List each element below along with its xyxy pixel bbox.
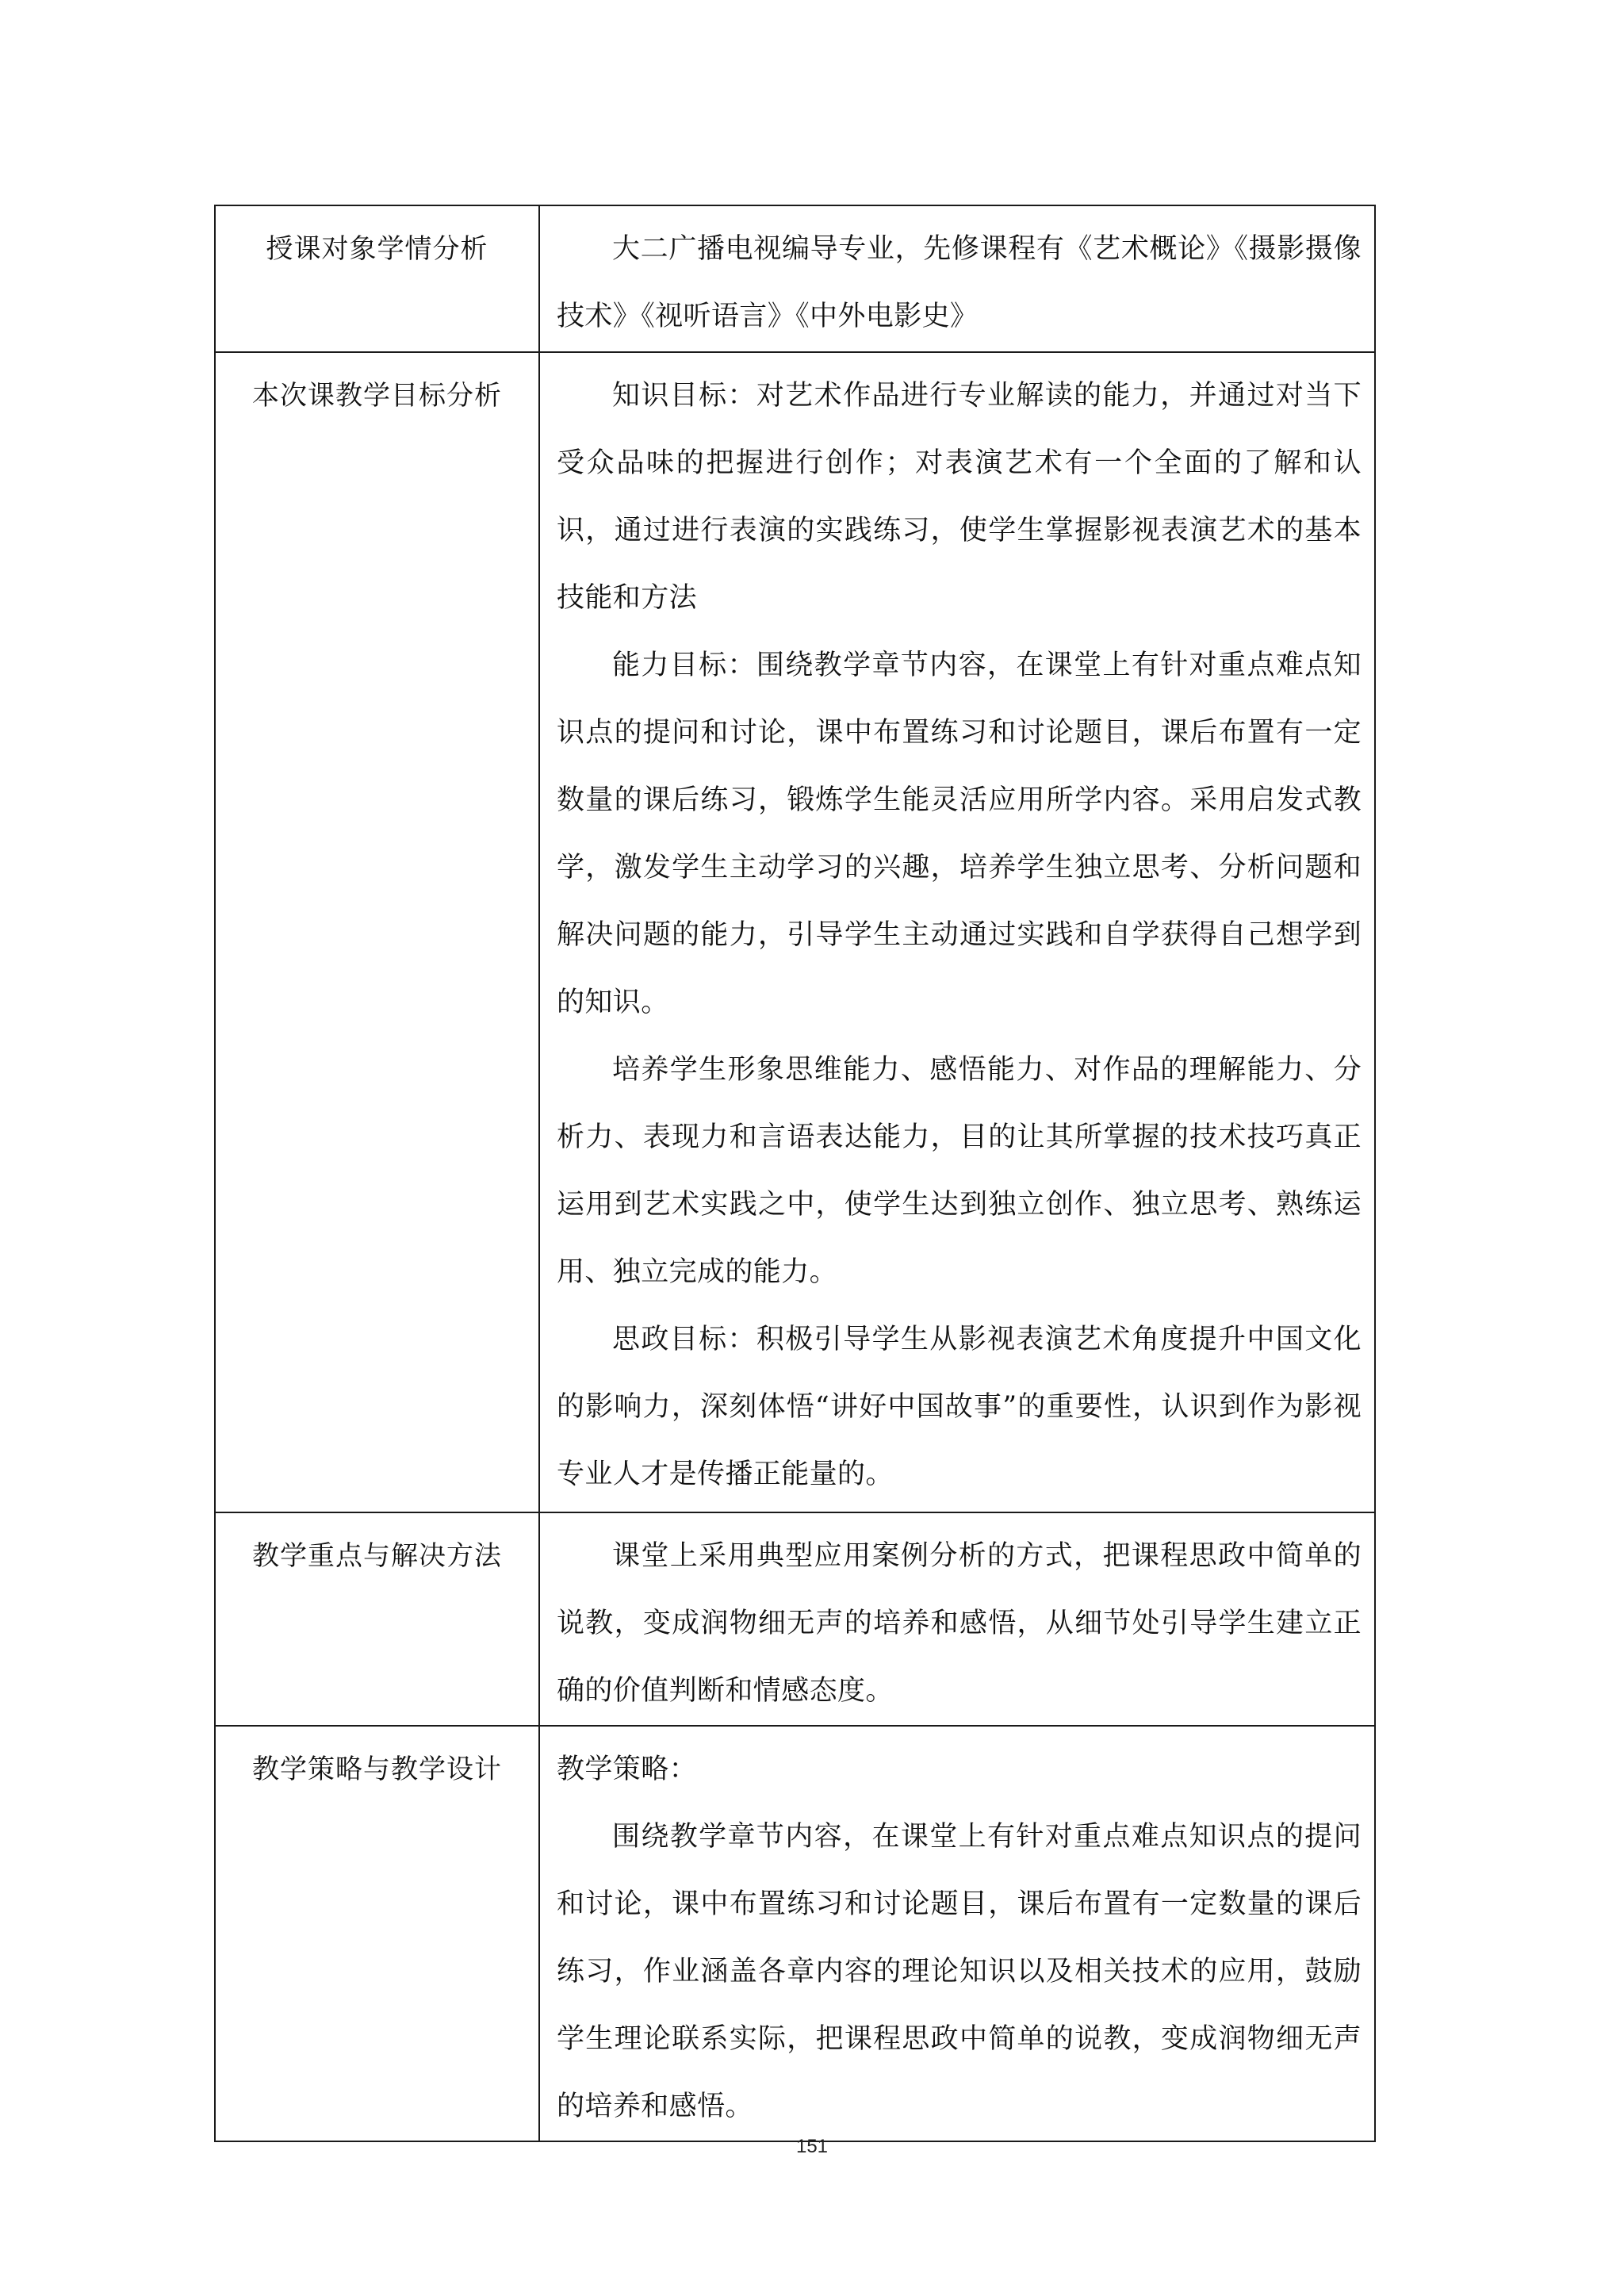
row-label: 本次课教学目标分析 [216, 353, 538, 430]
lesson-plan-table: 授课对象学情分析 大二广播电视编导专业，先修课程有《艺术概论》《摄影摄像技术》《… [214, 205, 1376, 2142]
paragraph: 课堂上采用典型应用案例分析的方式，把课程思政中简单的说教，变成润物细无声的培养和… [557, 1523, 1362, 1725]
table-row-student-analysis: 授课对象学情分析 大二广播电视编导专业，先修课程有《艺术概论》《摄影摄像技术》《… [215, 205, 1375, 352]
paragraph-heading: 教学策略： [557, 1736, 1362, 1803]
row-content-cell: 教学策略： 围绕教学章节内容，在课堂上有针对重点难点知识点的提问和讨论，课中布置… [539, 1726, 1375, 2141]
table-row-teaching-objectives: 本次课教学目标分析 知识目标：对艺术作品进行专业解读的能力，并通过对当下受众品味… [215, 352, 1375, 1512]
paragraph: 围绕教学章节内容，在课堂上有针对重点难点知识点的提问和讨论，课中布置练习和讨论题… [557, 1803, 1362, 2141]
row-content-cell: 大二广播电视编导专业，先修课程有《艺术概论》《摄影摄像技术》《视听语言》《中外电… [539, 205, 1375, 352]
document-page: 授课对象学情分析 大二广播电视编导专业，先修课程有《艺术概论》《摄影摄像技术》《… [0, 0, 1624, 2296]
paragraph-cultivation: 培养学生形象思维能力、感悟能力、对作品的理解能力、分析力、表现力和言语表达能力，… [557, 1037, 1362, 1306]
table-row-teaching-strategy: 教学策略与教学设计 教学策略： 围绕教学章节内容，在课堂上有针对重点难点知识点的… [215, 1726, 1375, 2141]
paragraph-knowledge-goal: 知识目标：对艺术作品进行专业解读的能力，并通过对当下受众品味的把握进行创作；对表… [557, 362, 1362, 632]
paragraph-ability-goal: 能力目标：围绕教学章节内容，在课堂上有针对重点难点知识点的提问和讨论，课中布置练… [557, 632, 1362, 1037]
row-label-cell: 授课对象学情分析 [215, 205, 539, 352]
row-label: 授课对象学情分析 [216, 206, 538, 283]
paragraph: 大二广播电视编导专业，先修课程有《艺术概论》《摄影摄像技术》《视听语言》《中外电… [557, 216, 1362, 351]
paragraph-ideological-goal: 思政目标：积极引导学生从影视表演艺术角度提升中国文化的影响力，深刻体悟“讲好中国… [557, 1306, 1362, 1508]
row-label: 教学重点与解决方法 [216, 1513, 538, 1590]
row-label-cell: 本次课教学目标分析 [215, 352, 539, 1512]
row-content-cell: 课堂上采用典型应用案例分析的方式，把课程思政中简单的说教，变成润物细无声的培养和… [539, 1512, 1375, 1726]
page-number: 151 [0, 2135, 1624, 2159]
row-label: 教学策略与教学设计 [216, 1727, 538, 1803]
table-row-key-points: 教学重点与解决方法 课堂上采用典型应用案例分析的方式，把课程思政中简单的说教，变… [215, 1512, 1375, 1726]
row-label-cell: 教学重点与解决方法 [215, 1512, 539, 1726]
row-label-cell: 教学策略与教学设计 [215, 1726, 539, 2141]
row-content-cell: 知识目标：对艺术作品进行专业解读的能力，并通过对当下受众品味的把握进行创作；对表… [539, 352, 1375, 1512]
